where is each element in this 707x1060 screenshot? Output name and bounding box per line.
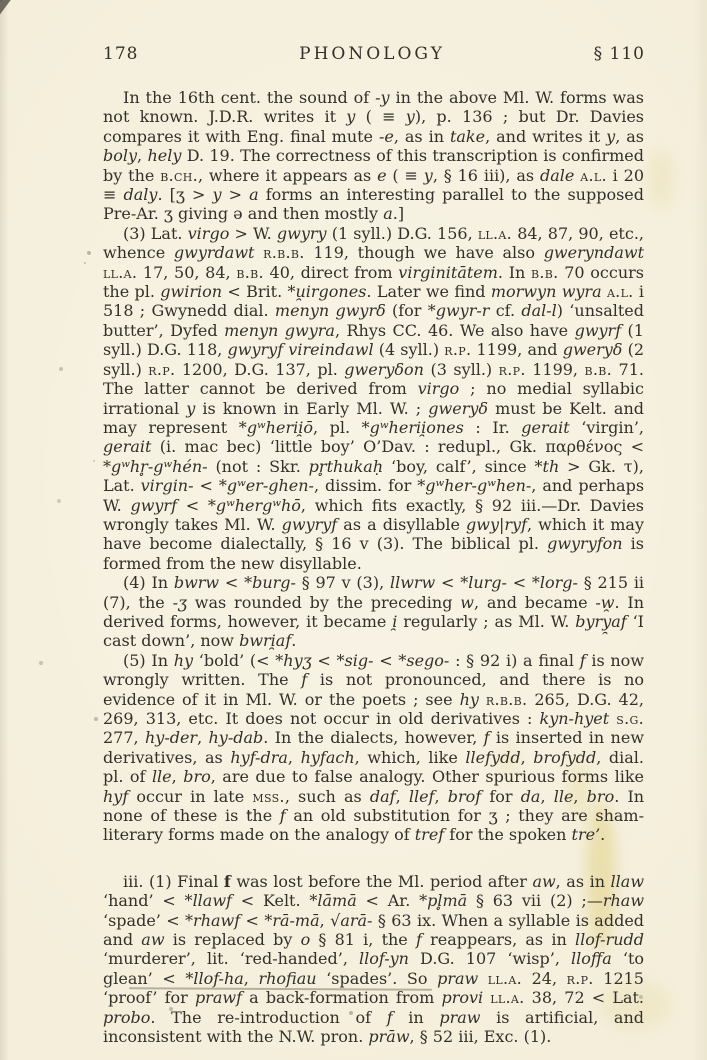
text-block: In the 16th cent. the sound of -y in the… <box>103 88 644 1047</box>
paragraph-item-3: (3) Lat. virgo > W. gwyry (1 syll.) D.G.… <box>103 224 644 573</box>
paper-speckles <box>0 0 2 2</box>
paragraph-item-5: (5) In hy ‘bold’ (< *hyʒ < *sig- < *sego… <box>103 651 644 845</box>
running-title: PHONOLOGY <box>299 44 445 64</box>
paper-stain <box>648 150 674 210</box>
scan-corner-mark <box>0 0 13 17</box>
paragraph-16th-cent: In the 16th cent. the sound of -y in the… <box>103 88 644 224</box>
running-head: 178 PHONOLOGY § 110 <box>103 44 645 64</box>
paragraph-item-4: (4) In bwrw < *burg- § 97 v (3), llwrw <… <box>103 573 644 651</box>
section-mark: § 110 <box>594 44 645 64</box>
page-number: 178 <box>103 44 138 64</box>
scanned-book-page: 178 PHONOLOGY § 110 In the 16th cent. th… <box>0 0 707 1060</box>
paragraph-iii-1: iii. (1) Final f was lost before the Ml.… <box>103 872 644 1047</box>
